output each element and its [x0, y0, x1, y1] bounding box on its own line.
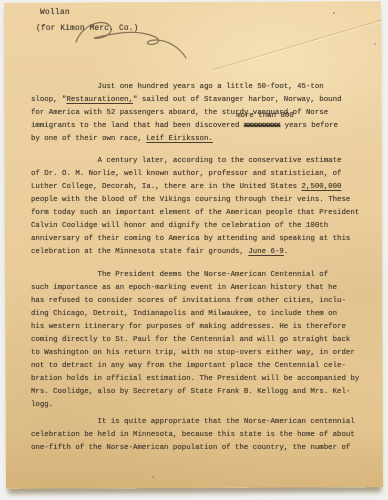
typed-text-segment: coming directly to St. Paul for the Cent…	[31, 336, 350, 344]
typed-line: Mrs. Coolidge, also by Secretary of Stat…	[31, 386, 367, 399]
typed-line: anniversary of their coming to America b…	[31, 233, 367, 246]
typed-text-segment: sloop, "	[31, 96, 66, 104]
typed-line: not to detract in any way from the impor…	[31, 360, 367, 373]
typed-text-segment: It is quite appropriate that the Norse-A…	[31, 418, 355, 426]
typed-line: people with the blood of the Vikings cou…	[31, 194, 367, 207]
typed-line: to Washington on his return trip, with n…	[31, 347, 367, 360]
typed-text-segment: years before	[280, 122, 338, 130]
typed-text-segment: ding Chicago, Detroit, Indianapolis and …	[31, 310, 337, 318]
typed-text-segment: not to detract in any way from the impor…	[31, 362, 346, 370]
typed-text-segment: The President deems the Norse-American C…	[31, 271, 328, 279]
typed-text-segment: A century later, according to the conser…	[31, 157, 341, 165]
typed-line: has refused to consider scores of invita…	[31, 295, 367, 308]
typed-line: coming directly to St. Paul for the Cent…	[31, 334, 367, 347]
typed-line: sloop, "Restaurationen," sailed out of S…	[31, 94, 367, 107]
typed-text-segment: celebration at the Minnesota state fair …	[31, 248, 248, 256]
typed-text-segment: .	[284, 248, 288, 256]
typed-text-segment: logg.	[31, 401, 53, 409]
underlined-text: 2,500,000	[302, 183, 342, 191]
typed-text-segment: one-fifth of the Norse-American populati…	[31, 444, 350, 452]
typed-text-segment: Just one hundred years ago a little 50-f…	[31, 83, 324, 91]
typed-text-segment: to Washington on his return trip, with n…	[31, 349, 355, 357]
typed-line: The President deems the Norse-American C…	[31, 269, 367, 282]
paragraph: Just one hundred years ago a little 50-f…	[31, 81, 367, 146]
typed-text-segment: immigrants to the land that had been dis…	[31, 122, 244, 130]
paper-specks	[0, 0, 2, 2]
typed-text-segment: his western itinerary for purposes of ma…	[31, 323, 346, 331]
typed-text-segment: by one of their own race,	[31, 135, 146, 143]
typed-text-segment: Mrs. Coolidge, also by Secretary of Stat…	[31, 388, 350, 396]
paragraph: The President deems the Norse-American C…	[31, 269, 367, 412]
typed-line: bration holds in official estimation. Th…	[31, 373, 367, 386]
typed-text-segment: form today such an important element of …	[31, 209, 359, 217]
typed-line: of Dr. O. M. Norlie, well known author, …	[31, 168, 367, 181]
typed-line: Calvin Coolidge will honor and dignify t…	[31, 220, 367, 233]
author-name: Wollan	[40, 9, 70, 17]
typed-text-segment: such importance as an epoch-marking even…	[31, 284, 337, 292]
typed-line: A century later, according to the conser…	[31, 155, 367, 168]
paragraph: A century later, according to the conser…	[31, 155, 367, 259]
typed-line: Just one hundred years ago a little 50-f…	[31, 81, 367, 94]
underlined-text: June 6-9	[248, 248, 283, 256]
typed-line: such importance as an epoch-marking even…	[31, 282, 367, 295]
typed-line: by one of their own race, Leif Eiriksson…	[31, 133, 367, 146]
typed-line: It is quite appropriate that the Norse-A…	[31, 416, 367, 429]
typed-text-segment: anniversary of their coming to America b…	[31, 235, 350, 243]
typed-line: celebration be held in Minnesota, becaus…	[31, 429, 367, 442]
typed-text-segment: Luther College, Decorah, Ia., there are …	[31, 183, 302, 191]
typed-text-segment: of Dr. O. M. Norlie, well known author, …	[31, 170, 341, 178]
underlined-text: Leif Eiriksson.	[146, 135, 213, 143]
attribution-note: (for Kimon Merc. Co.)	[36, 25, 138, 33]
typed-text-segment: has refused to consider scores of invita…	[31, 297, 346, 305]
typed-line: his western itinerary for purposes of ma…	[31, 321, 367, 334]
scanned-document-page: Wollan (for Kimon Merc. Co.) Just one hu…	[0, 0, 388, 500]
typed-correction: more than 800xxxxxxxxx	[244, 120, 280, 133]
paragraph: It is quite appropriate that the Norse-A…	[31, 416, 367, 455]
typed-text-segment: people with the blood of the Vikings cou…	[31, 196, 350, 204]
typed-text-segment: bration holds in official estimation. Th…	[31, 375, 359, 383]
underlined-text: Restaurationen,	[66, 96, 133, 104]
typed-line: celebration at the Minnesota state fair …	[31, 246, 367, 259]
struck-out-text: xxxxxxxxx	[244, 122, 280, 130]
typed-text: Just one hundred years ago a little 50-f…	[31, 81, 367, 455]
typed-line: logg.	[31, 399, 367, 412]
inserted-text-above: more than 800	[236, 110, 294, 123]
typed-text-segment: Calvin Coolidge will honor and dignify t…	[31, 222, 328, 230]
typed-line: Luther College, Decorah, Ia., there are …	[31, 181, 367, 194]
typed-line: one-fifth of the Norse-American populati…	[31, 442, 367, 455]
typed-text-segment: " sailed out of Stavanger harbor, Norway…	[133, 96, 341, 104]
typed-line: ding Chicago, Detroit, Indianapolis and …	[31, 308, 367, 321]
typed-line: immigrants to the land that had been dis…	[31, 120, 367, 133]
typed-text-segment: celebration be held in Minnesota, becaus…	[31, 431, 355, 439]
typed-line: for America with 52 passengers aboard, t…	[31, 107, 367, 120]
typed-line: form today such an important element of …	[31, 207, 367, 220]
